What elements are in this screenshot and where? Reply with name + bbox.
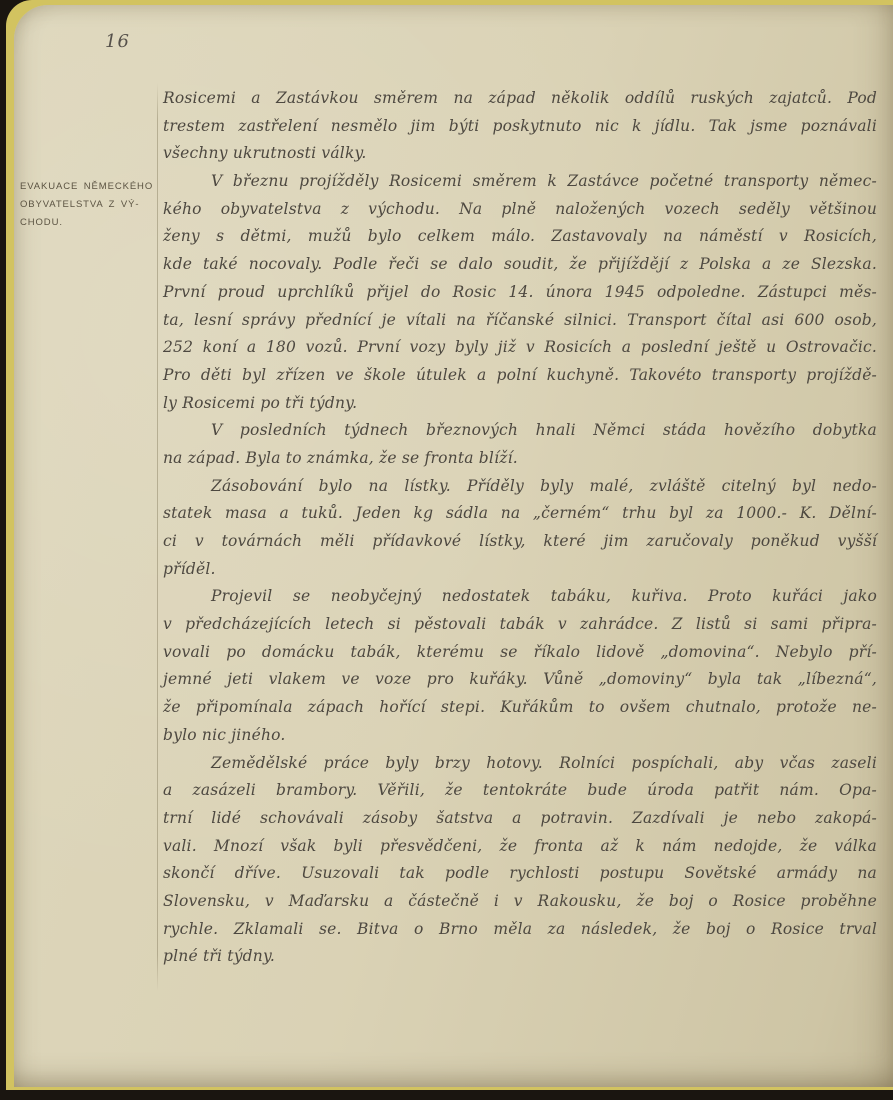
manuscript-line: První proud uprchlíků přijel do Rosic 14… xyxy=(163,279,877,307)
margin-note: EVAKUACE NĚMECKÉHOOBYVATELSTVA Z VÝ-CHOD… xyxy=(20,178,158,232)
margin-note-line: EVAKUACE NĚMECKÉHO xyxy=(20,178,158,196)
manuscript-line: statek masa a tuků. Jeden kg sádla na „č… xyxy=(163,500,877,528)
manuscript-line: jemné jeti vlakem ve voze pro kuřáky. Vů… xyxy=(163,666,877,694)
manuscript-line: V posledních týdnech březnových hnali Ně… xyxy=(163,417,877,445)
margin-note-line: CHODU. xyxy=(20,214,158,232)
manuscript-line: Projevil se neobyčejný nedostatek tabáku… xyxy=(163,583,877,611)
manuscript-line: Zásobování bylo na lístky. Příděly byly … xyxy=(163,473,877,501)
manuscript-line: že připomínala zápach hořící stepi. Kuřá… xyxy=(163,694,877,722)
manuscript-line: Rosicemi a Zastávkou směrem na západ něk… xyxy=(163,85,877,113)
margin-rule-line xyxy=(157,83,158,991)
manuscript-line: ta, lesní správy přednící je vítali na ř… xyxy=(163,307,877,335)
manuscript-line: V březnu projížděly Rosicemi směrem k Za… xyxy=(163,168,877,196)
manuscript-line: Slovensku, v Maďarsku a částečně i v Rak… xyxy=(163,888,877,916)
manuscript-page: 16 EVAKUACE NĚMECKÉHOOBYVATELSTVA Z VÝ-C… xyxy=(14,5,893,1087)
margin-note-line: OBYVATELSTVA Z VÝ- xyxy=(20,196,158,214)
manuscript-line: ženy s dětmi, mužů bylo celkem málo. Zas… xyxy=(163,223,877,251)
manuscript-line: všechny ukrutnosti války. xyxy=(163,140,877,168)
manuscript-line: skončí dříve. Usuzovali tak podle rychlo… xyxy=(163,860,877,888)
manuscript-line: rychle. Zklamali se. Bitva o Brno měla z… xyxy=(163,916,877,944)
manuscript-line: a zasázeli brambory. Věřili, že tentokrá… xyxy=(163,777,877,805)
manuscript-line: Zemědělské práce byly brzy hotovy. Rolní… xyxy=(163,750,877,778)
manuscript-line: vali. Mnozí však byli přesvědčeni, že fr… xyxy=(163,833,877,861)
manuscript-line: vovali po domácku tabák, kterému se říka… xyxy=(163,639,877,667)
manuscript-line: v předcházejících letech si pěstovali ta… xyxy=(163,611,877,639)
manuscript-line: ci v továrnách měli přídavkové lístky, k… xyxy=(163,528,877,556)
manuscript-line: na západ. Byla to známka, že se fronta b… xyxy=(163,445,877,473)
manuscript-line: příděl. xyxy=(163,556,877,584)
manuscript-line: ly Rosicemi po tři týdny. xyxy=(163,390,877,418)
manuscript-line: plné tři týdny. xyxy=(163,943,877,971)
page-number: 16 xyxy=(105,31,130,52)
manuscript-line: Pro děti byl zřízen ve škole útulek a po… xyxy=(163,362,877,390)
manuscript-line: kého obyvatelstva z východu. Na plně nal… xyxy=(163,196,877,224)
manuscript-line: kde také nocovaly. Podle řeči se dalo so… xyxy=(163,251,877,279)
manuscript-line: bylo nic jiného. xyxy=(163,722,877,750)
manuscript-line: 252 koní a 180 vozů. První vozy byly již… xyxy=(163,334,877,362)
manuscript-text: Rosicemi a Zastávkou směrem na západ něk… xyxy=(163,85,877,971)
manuscript-line: trní lidé schovávali zásoby šatstva a po… xyxy=(163,805,877,833)
manuscript-line: trestem zastřelení nesmělo jim býti posk… xyxy=(163,113,877,141)
